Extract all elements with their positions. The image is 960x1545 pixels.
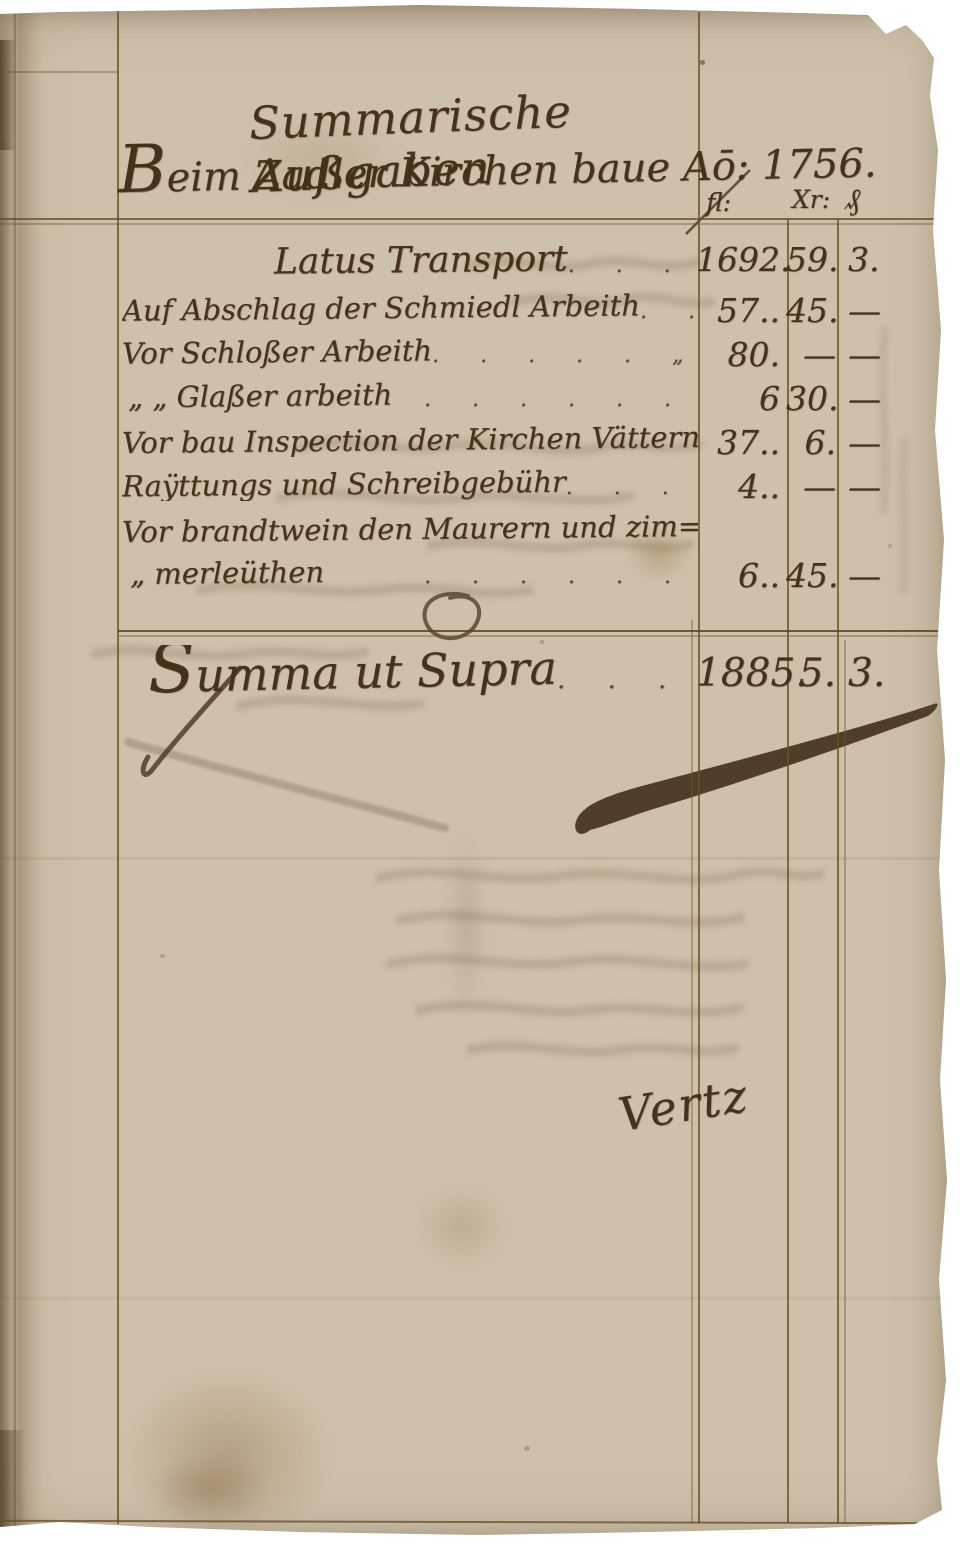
dot-leader: . . . . . . xyxy=(392,387,698,412)
summa-label: Summa ut Supra xyxy=(148,645,557,699)
faint-pen-stroke xyxy=(128,742,445,828)
table-row: Vor Schloßer Arbeith. . . . . „ 80. — — xyxy=(0,335,960,381)
bottom-rule xyxy=(0,1520,946,1524)
amount-florin: 6.. xyxy=(696,556,780,595)
summa-pfennig: 3. xyxy=(840,651,904,696)
amount-pfennig: — xyxy=(840,467,904,506)
row-description: Auf Abschlag der Schmiedl Arbeith xyxy=(122,291,640,325)
amount-florin: 80. xyxy=(696,335,780,374)
ink-speck xyxy=(524,1446,530,1451)
summa-kreuzer: 5. xyxy=(786,651,836,696)
stain-bottom-left-2 xyxy=(150,1452,270,1527)
amount-kreuzer: 6. xyxy=(786,423,836,462)
page-title-line2: Beim Zadler Kirchen baue Aō: 1756. xyxy=(118,144,719,203)
amount-florin: 1692. xyxy=(696,240,780,279)
table-row-continuation: „ merleüthen. . . . . . 6.. 45. — xyxy=(0,556,960,602)
header-rule-top xyxy=(0,218,941,220)
amount-florin: 57.. xyxy=(696,291,780,330)
fold-shadow-left xyxy=(18,0,44,1545)
amount-florin: 4.. xyxy=(696,467,780,506)
amount-pfennig: — xyxy=(840,423,904,462)
binding-edge-dark-strip xyxy=(0,40,16,150)
stain-center-low xyxy=(414,1184,509,1269)
amount-pfennig: — xyxy=(840,291,904,330)
amount-pfennig: 3. xyxy=(840,240,904,279)
summa-rule xyxy=(118,630,946,632)
amount-kreuzer: — xyxy=(786,467,836,506)
ink-speck xyxy=(540,640,544,644)
row-description-wrap: „ merleüthen xyxy=(130,556,324,590)
dot-leader: . . . . xyxy=(566,475,698,500)
bleedthrough-and-flourishes xyxy=(0,0,960,1545)
bold-check-flourish xyxy=(575,703,937,834)
table-row: Raÿttungs und Schreibgebühr. . . . 4.. —… xyxy=(0,467,960,513)
fold-crease-left xyxy=(13,0,17,1545)
amount-kreuzer: 45. xyxy=(786,556,836,595)
margin-rule-top-left xyxy=(0,71,118,73)
summa-row: Summa ut Supra . . . . 1885. 5. 3. xyxy=(0,645,960,715)
row-description: „ „ Glaßer arbeith xyxy=(128,379,393,413)
amount-kreuzer: 45. xyxy=(786,291,836,330)
summa-florin: 1885. xyxy=(696,651,780,696)
amount-florin: 37.. xyxy=(696,423,780,462)
amount-kreuzer: 30. xyxy=(786,379,836,418)
amount-pfennig: — xyxy=(840,556,904,595)
catchword: Vertz xyxy=(615,1068,753,1142)
summa-rule-double xyxy=(118,635,946,637)
amount-kreuzer: 59. xyxy=(786,240,836,279)
ink-speck xyxy=(160,954,165,958)
paper-sheet: Summarische Außgaben Beim Zadler Kirchen… xyxy=(0,0,960,1545)
header-rule-top-double xyxy=(0,223,941,225)
column-header-kreuzer: Xr: xyxy=(792,185,830,214)
dot-leader: . . . . xyxy=(557,665,698,695)
ink-speck xyxy=(700,60,705,65)
table-row: Latus Transport. . . „ 1692. 59. 3. xyxy=(0,240,960,286)
table-row: Auf Abschlag der Schmiedl Arbeith. . . .… xyxy=(0,291,960,337)
stain-streak-mid xyxy=(446,828,486,1023)
dot-leader: . . . . „ xyxy=(640,299,698,324)
row-description: Vor Schloßer Arbeith xyxy=(122,335,432,369)
table-rule-fl-left xyxy=(698,12,700,1523)
stain-bottom-left xyxy=(120,1368,335,1543)
table-rule-xr-hl-double xyxy=(844,640,846,1523)
row-description: Vor brandtwein den Maurern und zim= xyxy=(122,512,698,546)
row-description: Raÿttungs und Schreibgebühr xyxy=(122,467,566,501)
table-row: Vor bau Inspection der Kirchen Vättern. … xyxy=(0,423,960,469)
amount-pfennig: — xyxy=(840,379,904,418)
bottom-left-edge xyxy=(0,1430,26,1530)
dot-leader: . . . „ xyxy=(568,253,698,278)
dot-leader: . . . . . . xyxy=(324,564,698,589)
amount-kreuzer: — xyxy=(786,335,836,374)
table-row: „ „ Glaßer arbeith. . . . . . 6 30. — xyxy=(0,379,960,425)
table-row: Vor brandtwein den Maurern und zim= xyxy=(0,512,960,558)
table-rule-fl-left-double xyxy=(691,620,693,1523)
row-description: Vor bau Inspection der Kirchen Vättern xyxy=(122,423,698,457)
row-description: Latus Transport xyxy=(274,240,568,281)
column-header-florin: fl: xyxy=(706,188,731,217)
column-header-pfennig: ₰ xyxy=(845,182,860,217)
table-rule-left-margin xyxy=(117,8,119,1524)
dot-leader: . . . . . „ xyxy=(432,343,698,368)
horizontal-crease-mid xyxy=(0,856,960,861)
amount-pfennig: — xyxy=(840,335,904,374)
amount-florin: 6 xyxy=(696,379,780,418)
scanned-ledger-page: Summarische Außgaben Beim Zadler Kirchen… xyxy=(0,0,960,1545)
horizontal-crease-low xyxy=(0,1296,960,1301)
